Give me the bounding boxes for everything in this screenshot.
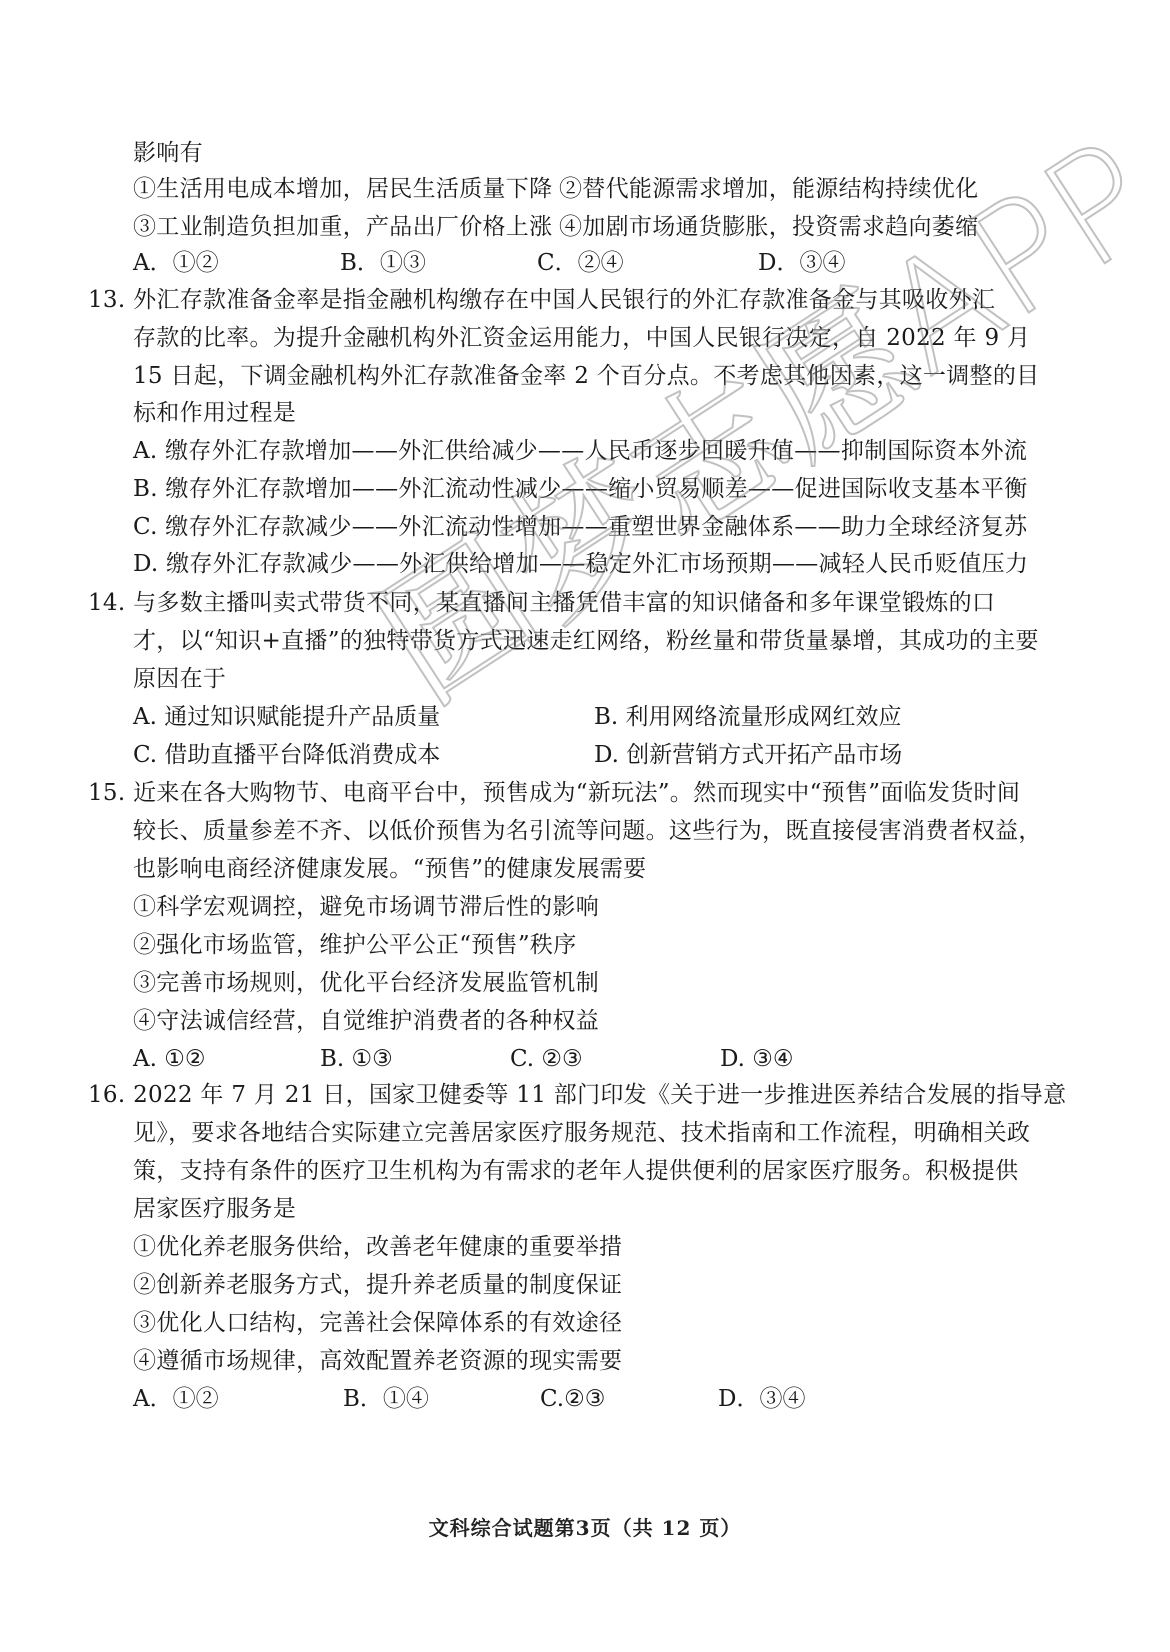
- q15-statement-2: ②强化市场监管，维护公平公正“预售”秩序: [133, 930, 577, 960]
- q13-line-1: 13. 外汇存款准备金率是指金融机构缴存在中国人民银行的外汇存款准备金与其吸收外…: [88, 285, 995, 315]
- q16-line-3: 策，支持有条件的医疗卫生机构为有需求的老年人提供便利的居家医疗服务。积极提供: [133, 1156, 1018, 1186]
- q12-option-d: D．③④: [758, 248, 845, 278]
- q14-option-a: A. 通过知识赋能提升产品质量: [133, 702, 440, 732]
- q16-statement-1: ①优化养老服务供给，改善老年健康的重要举措: [133, 1232, 622, 1262]
- exam-page: 影响有 ①生活用电成本增加，居民生活质量下降 ②替代能源需求增加，能源结构持续优…: [0, 0, 1170, 1652]
- q12-option-a: A．①②: [133, 248, 219, 278]
- q14-line-3: 原因在于: [133, 664, 226, 694]
- q12-stem-end: 影响有: [133, 138, 203, 168]
- q15-line-1: 15. 近来在各大购物节、电商平台中，预售成为“新玩法”。然而现实中“预售”面临…: [88, 778, 1020, 808]
- q14-line-2: 才，以“知识+直播”的独特带货方式迅速走红网络，粉丝量和带货量暴增，其成功的主要: [133, 626, 1039, 656]
- q13-line-4: 标和作用过程是: [133, 398, 296, 428]
- q16-option-a: A．①②: [133, 1384, 219, 1414]
- q12-statement-2: ②替代能源需求增加，能源结构持续优化: [559, 174, 978, 204]
- q15-statement-3: ③完善市场规则，优化平台经济发展监管机制: [133, 968, 599, 998]
- q15-option-c: C. ②③: [510, 1044, 583, 1074]
- q12-statement-3: ③工业制造负担加重，产品出厂价格上涨: [133, 212, 552, 242]
- q16-option-d: D．③④: [718, 1384, 805, 1414]
- page-footer: 文科综合试题第3页（共 12 页）: [0, 1512, 1170, 1541]
- q13-line-3: 15 日起，下调金融机构外汇存款准备金率 2 个百分点。不考虑其他因素，这一调整…: [133, 361, 1039, 391]
- q14-option-c: C. 借助直播平台降低消费成本: [133, 740, 440, 770]
- q16-option-c: C.②③: [540, 1384, 605, 1414]
- q13-line-2: 存款的比率。为提升金融机构外汇资金运用能力，中国人民银行决定，自 2022 年 …: [133, 323, 1030, 353]
- q15-line-2: 较长、质量参差不齐、以低价预售为名引流等问题。这些行为，既直接侵害消费者权益，: [133, 816, 1042, 846]
- q13-option-b: B. 缴存外汇存款增加——外汇流动性减少——缩小贸易顺差——促进国际收支基本平衡: [133, 474, 1028, 504]
- q13-option-a: A. 缴存外汇存款增加——外汇供给减少——人民币逐步回暖升值——抑制国际资本外流: [133, 436, 1027, 466]
- q16-statement-2: ②创新养老服务方式，提升养老质量的制度保证: [133, 1270, 622, 1300]
- q16-statement-3: ③优化人口结构，完善社会保障体系的有效途径: [133, 1308, 622, 1338]
- q15-statement-4: ④守法诚信经营，自觉维护消费者的各种权益: [133, 1006, 599, 1036]
- q12-statement-1: ①生活用电成本增加，居民生活质量下降: [133, 174, 552, 204]
- q16-statement-4: ④遵循市场规律，高效配置养老资源的现实需要: [133, 1346, 622, 1376]
- q14-line-1: 14. 与多数主播叫卖式带货不同，某直播间主播凭借丰富的知识储备和多年课堂锻炼的…: [88, 588, 995, 618]
- q12-statement-4: ④加剧市场通货膨胀，投资需求趋向萎缩: [559, 212, 978, 242]
- q15-line-3: 也影响电商经济健康发展。“预售”的健康发展需要: [133, 854, 646, 884]
- q15-option-b: B. ①③: [320, 1044, 393, 1074]
- q15-option-a: A. ①②: [133, 1044, 205, 1074]
- q16-line-2: 见》，要求各地结合实际建立完善居家医疗服务规范、技术指南和工作流程，明确相关政: [133, 1118, 1030, 1148]
- q14-option-b: B. 利用网络流量形成网红效应: [594, 702, 902, 732]
- q12-option-c: C．②④: [537, 248, 624, 278]
- q14-option-d: D. 创新营销方式开拓产品市场: [594, 740, 902, 770]
- q13-option-c: C. 缴存外汇存款减少——外汇流动性增加——重塑世界金融体系——助力全球经济复苏: [133, 512, 1027, 542]
- q12-option-b: B．①③: [340, 248, 426, 278]
- q13-option-d: D. 缴存外汇存款减少——外汇供给增加——稳定外汇市场预期——减轻人民币贬值压力: [133, 549, 1028, 579]
- q15-statement-1: ①科学宏观调控，避免市场调节滞后性的影响: [133, 892, 599, 922]
- q16-line-4: 居家医疗服务是: [133, 1194, 296, 1224]
- q15-option-d: D. ③④: [720, 1044, 793, 1074]
- q16-line-1: 16. 2022 年 7 月 21 日，国家卫健委等 11 部门印发《关于进一步…: [88, 1080, 1066, 1110]
- q16-option-b: B．①④: [343, 1384, 429, 1414]
